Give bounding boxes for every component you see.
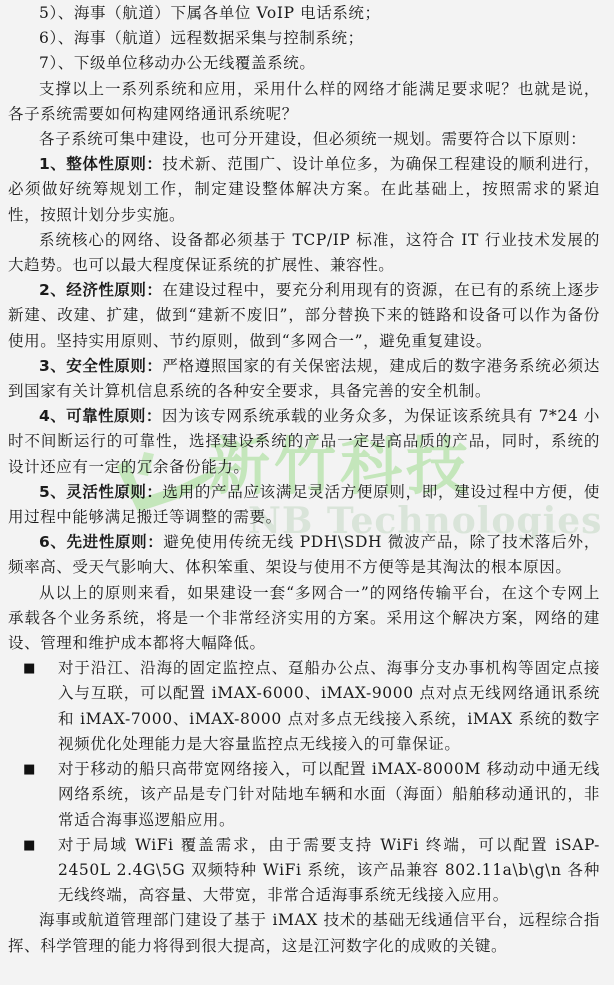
conclusion-paragraph: 从以上的原则来看，如果建设一套“多网合一”的网络传输平台，在这个专网上承载各个业…: [8, 581, 600, 657]
list-item-text: 海事（航道）远程数据采集与控制系统；: [74, 29, 364, 47]
question-paragraph: 支撑以上一系列系统和应用，采用什么样的网络才能满足要求呢？也就是说，各子系统需要…: [8, 77, 600, 127]
bullet-text: 对于局域 WiFi 覆盖需求，由于需要支持 WiFi 终端，可以配置 iSAP-…: [58, 833, 600, 909]
list-item-text: 海事（航道）下属各单位 VoIP 电话系统；: [74, 4, 381, 22]
list-item: 6）、海事（航道）远程数据采集与控制系统；: [8, 26, 600, 51]
bullet-text: 对于沿江、沿海的固定监控点、趸船办公点、海事分支办事机构等固定点接入与互联，可以…: [58, 656, 600, 757]
list-item-text: 下级单位移动办公无线覆盖系统。: [74, 54, 316, 72]
principle-title: 4、可靠性原则：: [39, 407, 162, 425]
closing-paragraph: 海事或航道管理部门建设了基于 iMAX 技术的基础无线通信平台，远程综合指挥、科…: [8, 908, 600, 958]
square-bullet-icon: ■: [8, 757, 58, 833]
square-bullet-icon: ■: [8, 656, 58, 757]
principle-text: 系统核心的网络、设备都必须基于 TCP/IP 标准，这符合 IT 行业技术发展的…: [8, 231, 600, 274]
list-item: 7）、下级单位移动办公无线覆盖系统。: [8, 51, 600, 76]
principles-lead-paragraph: 各子系统可集中建设，也可分开建设，但必须统一规划。需要符合以下原则：: [8, 127, 600, 152]
principle-title: 5、灵活性原则：: [39, 483, 162, 501]
principle-paragraph: 系统核心的网络、设备都必须基于 TCP/IP 标准，这符合 IT 行业技术发展的…: [8, 228, 600, 278]
principle-paragraph: 3、安全性原则：严格遵照国家的有关保密法规，建成后的数字港务系统必须达到国家有关…: [8, 354, 600, 404]
bullet-item: ■ 对于沿江、沿海的固定监控点、趸船办公点、海事分支办事机构等固定点接入与互联，…: [8, 656, 600, 757]
bullet-text: 对于移动的船只高带宽网络接入，可以配置 iMAX-8000M 移动动中通无线网络…: [58, 757, 600, 833]
principle-title: 6、先进性原则：: [39, 533, 163, 551]
principle-title: 1、整体性原则：: [39, 155, 162, 173]
principle-paragraph: 6、先进性原则：避免使用传统无线 PDH\SDH 微波产品，除了技术落后外，频率…: [8, 530, 600, 580]
principle-title: 3、安全性原则：: [39, 357, 162, 375]
list-item-number: 5）、: [39, 4, 74, 22]
square-bullet-icon: ■: [8, 833, 58, 909]
principle-paragraph: 2、经济性原则：在建设过程中，要充分利用现有的资源，在已有的系统上逐步新建、改建…: [8, 278, 600, 354]
document-page: 5）、海事（航道）下属各单位 VoIP 电话系统； 6）、海事（航道）远程数据采…: [0, 0, 614, 959]
principle-paragraph: 5、灵活性原则：选用的产品应该满足灵活方便原则，即，建设过程中方便，使用过程中能…: [8, 480, 600, 530]
list-item: 5）、海事（航道）下属各单位 VoIP 电话系统；: [8, 1, 600, 26]
principle-title: 2、经济性原则：: [39, 281, 162, 299]
bullet-item: ■ 对于移动的船只高带宽网络接入，可以配置 iMAX-8000M 移动动中通无线…: [8, 757, 600, 833]
list-item-number: 6）、: [39, 29, 74, 47]
principle-paragraph: 1、整体性原则：技术新、范围广、设计单位多，为确保工程建设的顺利进行，必须做好统…: [8, 152, 600, 228]
bullet-item: ■ 对于局域 WiFi 覆盖需求，由于需要支持 WiFi 终端，可以配置 iSA…: [8, 833, 600, 909]
principle-paragraph: 4、可靠性原则：因为该专网系统承载的业务众多，为保证该系统具有 7*24 小时不…: [8, 404, 600, 480]
list-item-number: 7）、: [39, 54, 74, 72]
